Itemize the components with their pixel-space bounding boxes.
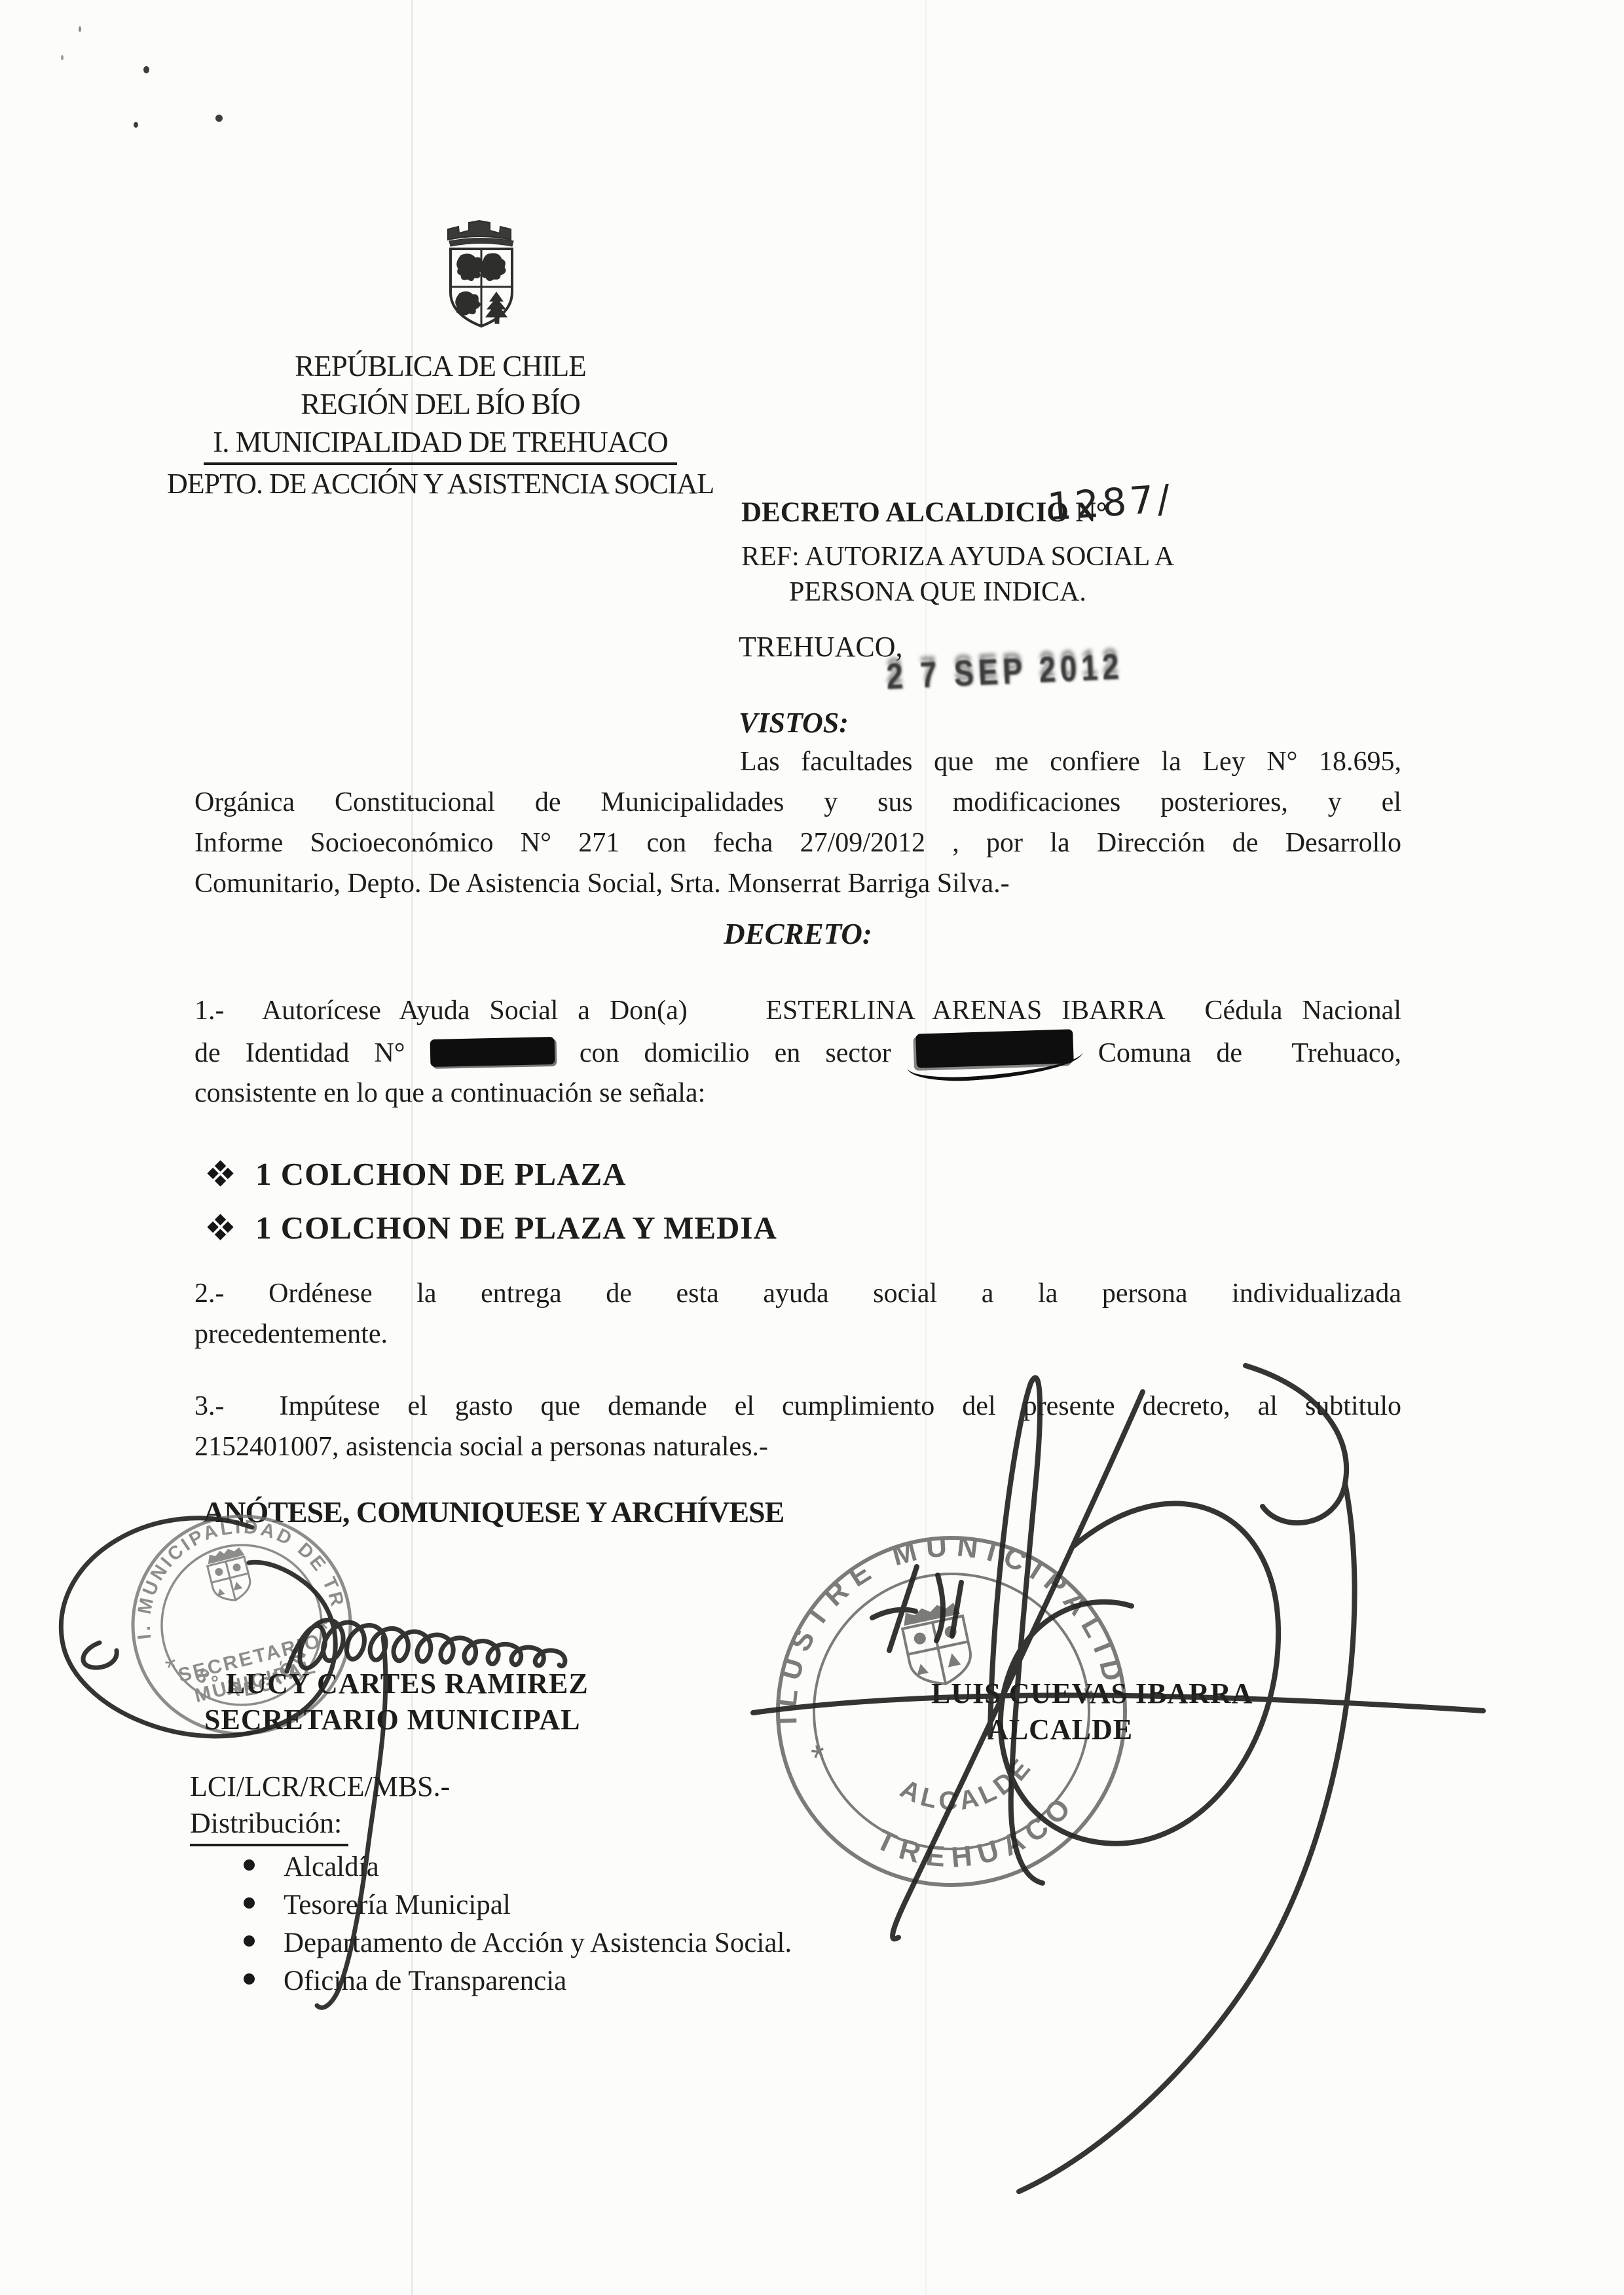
list-item: Alcaldía — [244, 1848, 792, 1886]
vistos-line: Informe Socioeconómico N° 271 con fecha … — [194, 823, 1401, 863]
vistos-paragraph: Las facultades que me confiere la Ley N°… — [194, 741, 1401, 904]
svg-text:ALCALDE: ALCALDE — [891, 1747, 1044, 1829]
header-line-region: REGIÓN DEL BÍO BÍO — [167, 385, 714, 423]
list-item: Oficina de Transparencia — [244, 1962, 792, 2000]
article-1-line-2-text: Comuna de Trehuaco, — [1098, 1038, 1401, 1068]
header-line-department: DEPTO. DE ACCIÓN Y ASISTENCIA SOCIAL — [167, 465, 714, 503]
bullet-dot-icon — [244, 1859, 255, 1871]
article-1-line-2-text: de Identidad N° — [194, 1038, 405, 1068]
decree-number-handwritten: 1287/ — [1046, 476, 1174, 529]
list-item-label: Oficina de Transparencia — [284, 1966, 566, 1996]
mayor-name: LUIS CUEVAS IBARRA — [931, 1677, 1253, 1710]
article-3-line-1: 3.- Impútese el gasto que demande el cum… — [194, 1386, 1401, 1427]
article-2-line-2: precedentemente. — [194, 1314, 1401, 1354]
vistos-line: Comunitario, Depto. De Asistencia Social… — [194, 863, 1401, 904]
article-1-line-2: de Identidad N° con domicilio en sector … — [194, 1032, 1401, 1073]
secretary-title: SECRETARIO MUNICIPAL — [204, 1703, 581, 1736]
date-stamp: 2 7 SEP 2012 — [885, 644, 1124, 698]
coat-of-arms-icon — [443, 215, 520, 333]
distribution-label-text: Distribución: — [190, 1806, 348, 1846]
bullet-dot-icon — [244, 1897, 255, 1909]
article-1: 1.- Autorícese Ayuda Social a Don(a) EST… — [194, 990, 1401, 1114]
article-2-line-1: 2.- Ordénese la entrega de esta ayuda so… — [194, 1273, 1401, 1314]
list-item-label: Alcaldía — [284, 1852, 379, 1882]
ink-speck — [79, 26, 81, 32]
footer-initials: LCI/LCR/RCE/MBS.- — [190, 1770, 450, 1803]
ink-speck — [61, 55, 64, 60]
municipality-underlined-text: I. MUNICIPALIDAD DE TREHUACO — [204, 423, 677, 465]
mayor-title: ALCALDE — [987, 1713, 1133, 1746]
decreto-heading: DECRETO: — [194, 917, 1401, 951]
vistos-line: Orgánica Constitucional de Municipalidad… — [194, 782, 1401, 823]
article-1-line-3: consistente en lo que a continuación se … — [194, 1073, 1401, 1114]
secretary-name: LUCY CARTES RAMIREZ — [226, 1667, 589, 1700]
stamp-star-icon: * — [808, 1737, 830, 1778]
scan-streak — [925, 0, 927, 2295]
ref-line-2: PERSONA QUE INDICA. — [789, 576, 1086, 608]
aid-item: 1 COLCHON DE PLAZA — [208, 1147, 777, 1201]
article-1-line-1: 1.- Autorícese Ayuda Social a Don(a) EST… — [194, 990, 1401, 1032]
ink-speck — [215, 115, 223, 122]
list-item-label: Tesorería Municipal — [284, 1890, 511, 1920]
ink-speck — [143, 66, 149, 73]
redaction-sector — [915, 1029, 1074, 1068]
aid-item: 1 COLCHON DE PLAZA Y MEDIA — [208, 1201, 777, 1255]
header-line-republic: REPÚBLICA DE CHILE — [167, 347, 714, 385]
ink-speck — [134, 122, 138, 128]
list-item-label: Departamento de Acción y Asistencia Soci… — [284, 1928, 792, 1958]
aid-item-label: 1 COLCHON DE PLAZA Y MEDIA — [255, 1210, 777, 1246]
vistos-label: VISTOS: — [739, 706, 849, 739]
diamond-bullet-icon — [208, 1215, 233, 1240]
article-3: 3.- Impútese el gasto que demande el cum… — [194, 1386, 1401, 1467]
header-line-municipality: I. MUNICIPALIDAD DE TREHUACO — [167, 423, 714, 465]
stamp-inner-text: ALCALDE — [891, 1747, 1044, 1829]
article-3-line-2: 2152401007, asistencia social a personas… — [194, 1427, 1401, 1467]
list-item: Tesorería Municipal — [244, 1886, 792, 1924]
list-item: Departamento de Acción y Asistencia Soci… — [244, 1924, 792, 1962]
diamond-bullet-icon — [208, 1161, 233, 1186]
header-block: REPÚBLICA DE CHILE REGIÓN DEL BÍO BÍO I.… — [167, 347, 714, 503]
distribution-label: Distribución: — [190, 1806, 348, 1846]
aid-list: 1 COLCHON DE PLAZA 1 COLCHON DE PLAZA Y … — [208, 1147, 777, 1255]
mayor-stamp-icon: ILUSTRE MUNICIPALIDAD TREHUACO ALCALDE *… — [765, 1525, 1138, 1898]
scanned-decree-page: REPÚBLICA DE CHILE REGIÓN DEL BÍO BÍO I.… — [0, 0, 1624, 2295]
vistos-line: Las facultades que me confiere la Ley N°… — [194, 741, 1401, 782]
distribution-list: Alcaldía Tesorería Municipal Departament… — [244, 1848, 792, 2000]
aid-item-label: 1 COLCHON DE PLAZA — [255, 1156, 627, 1192]
bullet-dot-icon — [244, 1973, 255, 1985]
article-2: 2.- Ordénese la entrega de esta ayuda so… — [194, 1273, 1401, 1354]
ref-line-1: REF: AUTORIZA AYUDA SOCIAL A — [741, 541, 1174, 572]
city-line: TREHUACO, — [739, 630, 903, 663]
article-1-line-2-text: con domicilio en sector — [580, 1038, 891, 1068]
bullet-dot-icon — [244, 1935, 255, 1947]
redaction-id-number — [430, 1037, 555, 1067]
